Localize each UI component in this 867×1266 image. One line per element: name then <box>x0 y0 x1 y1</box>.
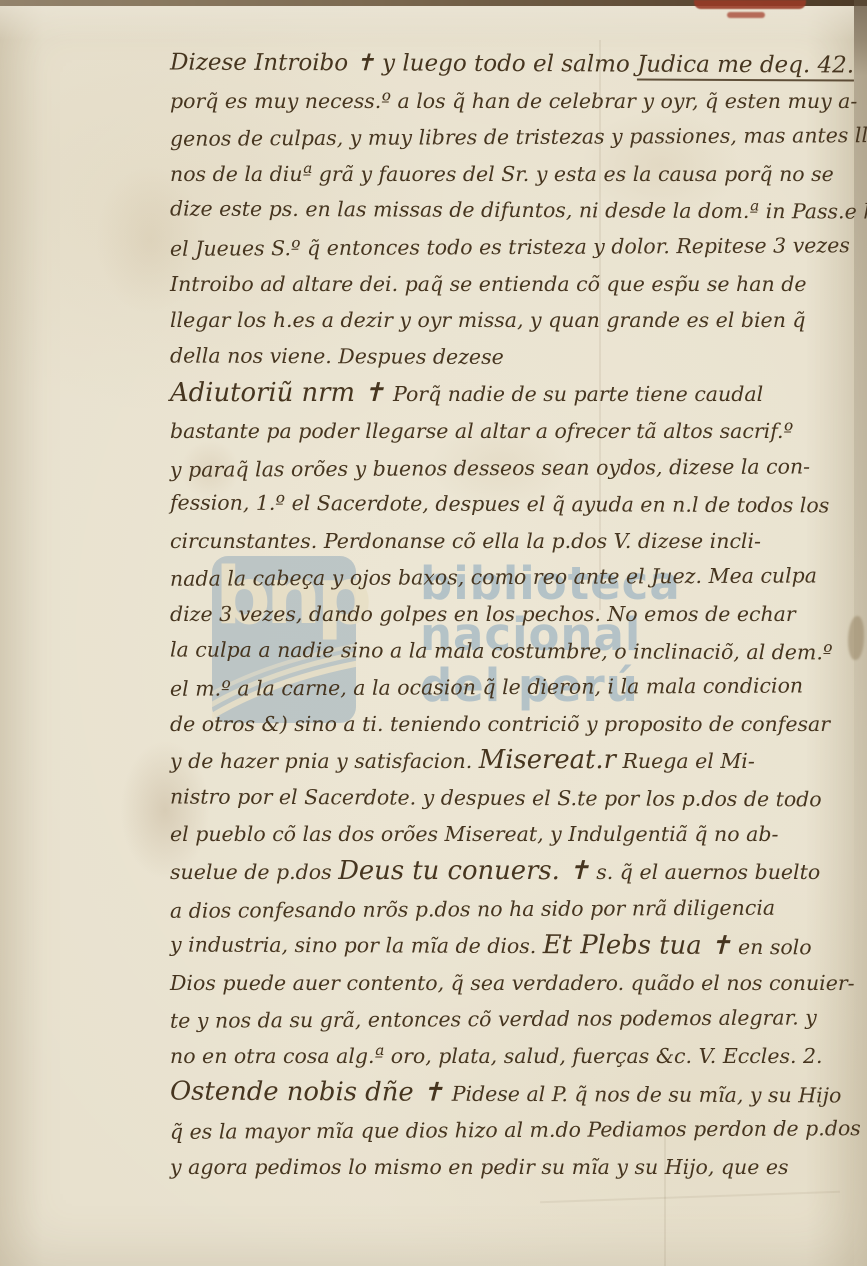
manuscript-line: a dios confesando nrõs p.dos no ha sido … <box>170 889 860 929</box>
manuscript-line: y agora pedimos lo mismo en pedir su mĩa… <box>170 1149 860 1186</box>
section-keyword: Adiutoriũ nrm ✝ <box>170 378 393 408</box>
handwritten-text: q̃ es la mayor mĩa que dios hizo al m.do… <box>170 1116 861 1144</box>
manuscript-line: y de hazer pnia y satisfacion. Misereat.… <box>170 742 860 780</box>
handwritten-text: nistro por el Sacerdote. y despues el S.… <box>170 784 822 811</box>
manuscript-line: dize este ps. en las missas de difuntos,… <box>170 191 860 231</box>
manuscript-line: circunstantes. Perdonanse cõ ella la p.d… <box>170 523 860 560</box>
handwritten-text: el pueblo cõ las dos orões Misereat, y I… <box>170 822 778 846</box>
handwritten-text: dize 3 vezes, dando golpes en los pechos… <box>170 602 796 626</box>
handwritten-text: el m.º a la carne, a la ocasion q̃ le di… <box>170 674 803 701</box>
manuscript-line: nos de la diuª grã y fauores del Sr. y e… <box>170 156 860 193</box>
manuscript-line: Dios puede auer contento, q̃ sea verdade… <box>170 965 860 1002</box>
manuscript-line: y paraq̃ las orões y buenos desseos sean… <box>170 448 860 488</box>
handwritten-text: genos de culpas, y muy libres de tristez… <box>170 123 867 151</box>
handwritten-text: s. q̃ el auernos buelto <box>590 860 820 884</box>
horizontal-fold-line <box>540 1191 840 1203</box>
manuscript-line: el m.º a la carne, a la ocasion q̃ le di… <box>170 667 860 707</box>
manuscript-text: Dizese Introibo ✝ y luego todo el salmo … <box>170 46 860 1185</box>
underlined-phrase: Judica me deq. 42. <box>637 52 854 82</box>
manuscript-line: nistro por el Sacerdote. y despues el S.… <box>170 778 860 818</box>
section-keyword: Deus tu conuers. ✝ <box>338 856 590 886</box>
manuscript-line: q̃ es la mayor mĩa que dios hizo al m.do… <box>170 1110 860 1150</box>
handwritten-text: de otros &) sino a ti. teniendo contrici… <box>170 712 830 736</box>
manuscript-line: te y nos da su grã, entonces cõ verdad n… <box>170 1000 860 1040</box>
handwritten-text: suelue de p.dos <box>170 860 338 884</box>
manuscript-line: genos de culpas, y muy libres de tristez… <box>170 117 860 157</box>
handwritten-text: no en otra cosa alg.ª oro, plata, salud,… <box>170 1044 823 1068</box>
handwritten-text: y industria, sino por la mĩa de dios. <box>170 933 543 959</box>
section-keyword: Ostende nobis dñe ✝ <box>170 1076 452 1107</box>
handwritten-text: en solo <box>731 935 811 959</box>
handwritten-text: dize este ps. en las missas de difuntos,… <box>170 197 867 224</box>
manuscript-line: bastante pa poder llegarse al altar a of… <box>170 413 860 450</box>
handwritten-text: Ruega el Mi- <box>616 749 755 773</box>
handwritten-text: nos de la diuª grã y fauores del Sr. y e… <box>170 162 834 186</box>
manuscript-line: el Jueues S.º q̃ entonces todo es triste… <box>170 227 860 267</box>
red-ink-dash <box>727 12 765 18</box>
handwritten-text: llegar los h.es a dezir y oyr missa, y q… <box>170 308 806 332</box>
handwritten-text: Pidese al P. q̃ nos de su mĩa, y su Hijo <box>452 1081 842 1107</box>
handwritten-text: y paraq̃ las orões y buenos desseos sean… <box>170 454 810 481</box>
manuscript-line: Ostende nobis dñe ✝ Pidese al P. q̃ nos … <box>170 1073 860 1114</box>
handwritten-text: el Jueues S.º q̃ entonces todo es triste… <box>170 233 850 261</box>
handwritten-text: nada la cabeça y ojos baxos, como reo an… <box>170 564 817 591</box>
handwritten-text: della nos viene. Despues dezese <box>170 343 504 368</box>
section-keyword: Misereat.r <box>479 745 616 775</box>
handwritten-text: bastante pa poder llegarse al altar a of… <box>170 419 793 443</box>
manuscript-line: fession, 1.º el Sacerdote, despues el q̃… <box>170 485 860 525</box>
handwritten-text: Dios puede auer contento, q̃ sea verdade… <box>170 971 855 995</box>
handwritten-text: Dizese Introibo ✝ y luego todo el salmo <box>170 49 637 77</box>
handwritten-text: la culpa a nadie sino a la mala costumbr… <box>170 637 833 664</box>
handwritten-text: Porq̃ nadie de su parte tiene caudal <box>393 382 763 406</box>
manuscript-line: porq̃ es muy necess.º a los q̃ han de ce… <box>170 83 860 120</box>
manuscript-line: Introibo ad altare dei. paq̃ se entienda… <box>170 266 860 303</box>
manuscript-line: no en otra cosa alg.ª oro, plata, salud,… <box>170 1038 860 1075</box>
handwritten-text: y de hazer pnia y satisfacion. <box>170 749 479 773</box>
handwritten-text: a dios confesando nrõs p.dos no ha sido … <box>170 895 775 922</box>
manuscript-line: Adiutoriũ nrm ✝ Porq̃ nadie de su parte … <box>170 375 860 413</box>
manuscript-line: suelue de p.dos Deus tu conuers. ✝ s. q̃… <box>170 853 860 891</box>
manuscript-line: dize 3 vezes, dando golpes en los pechos… <box>170 596 860 633</box>
handwritten-text: circunstantes. Perdonanse cõ ella la p.d… <box>170 529 761 553</box>
manuscript-page: bnp biblioteca nacional del perú Dizese … <box>0 0 867 1266</box>
section-keyword: Et Plebs tua ✝ <box>543 930 732 961</box>
manuscript-line: el pueblo cõ las dos orões Misereat, y I… <box>170 816 860 853</box>
handwritten-text: te y nos da su grã, entonces cõ verdad n… <box>170 1006 817 1033</box>
manuscript-line: llegar los h.es a dezir y oyr missa, y q… <box>170 302 860 339</box>
manuscript-line: la culpa a nadie sino a la mala costumbr… <box>170 631 860 671</box>
handwritten-text: fession, 1.º el Sacerdote, despues el q̃… <box>170 491 829 518</box>
manuscript-line: y industria, sino por la mĩa de dios. Et… <box>170 926 860 967</box>
red-ink-smudge <box>694 0 806 9</box>
handwritten-text: Introibo ad altare dei. paq̃ se entienda… <box>170 272 806 296</box>
manuscript-line: della nos viene. Despues dezese <box>170 337 860 377</box>
handwritten-text: y agora pedimos lo mismo en pedir su mĩa… <box>170 1155 789 1179</box>
handwritten-text: porq̃ es muy necess.º a los q̃ han de ce… <box>170 89 857 113</box>
manuscript-line: de otros &) sino a ti. teniendo contrici… <box>170 706 860 743</box>
manuscript-line: nada la cabeça y ojos baxos, como reo an… <box>170 558 860 598</box>
manuscript-line: Dizese Introibo ✝ y luego todo el salmo … <box>170 44 860 84</box>
